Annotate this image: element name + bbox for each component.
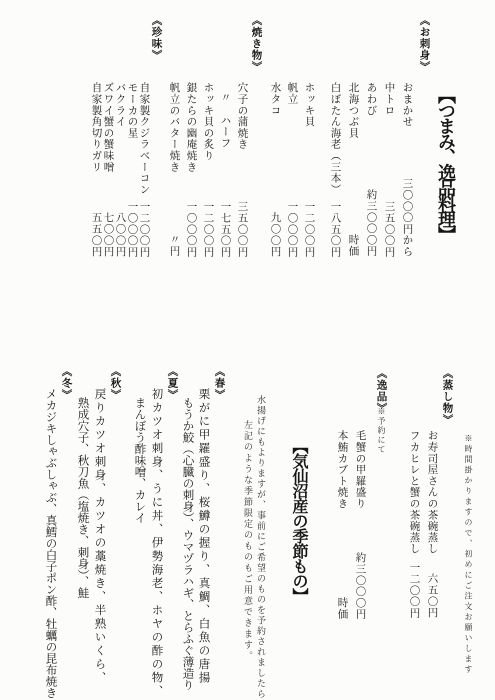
menu-item-price: 約三〇〇〇円 [365,189,376,257]
menu-item-price: 七〇〇円 [102,212,113,257]
menu-item-price: 三五〇〇円 [383,201,394,258]
menu-item-name: 帆立 [286,82,297,105]
menu-item-name: 自家製角切りガリ [90,82,101,172]
menu-item-price: 一〇〇〇円 [126,201,137,258]
menu-item-price: 六五〇円 [426,573,437,618]
menu-item-name: フカヒレと蟹の茶碗蒸し [408,430,419,554]
note-mushimono-order: ※時間掛かりますので、初めにご注文お願いします [464,434,472,676]
menu-item-price: 一〇〇〇円 [286,201,297,258]
season-label-winter: 《冬》 [60,366,71,401]
menu-item-name: おまかせ [401,82,412,127]
menu-item-name: 自家製クジラベーコン [138,82,149,195]
menu-item-name: 白ぼたん海老（三本） [329,82,340,195]
menu-item-price: 約三〇〇〇円 [354,552,365,620]
menu-item-price: 時価 [347,234,358,257]
menu-item-price: 一七五〇円 [219,201,230,258]
menu-item-price: 三五〇〇円 [236,201,247,258]
menu-item-name: バクライ [114,82,125,127]
menu-item-price: 〃円 [168,234,179,257]
menu-item-name: お寿司屋さんの茶碗蒸し [426,430,437,554]
note-seasonal-line1: 水揚げにもよりますが、事前にご希望のものを予約されましたら [256,395,265,700]
season-line: メカジキしゃぶしゃぶ、真鱈の白子ポン酢、牡蠣の昆布焼き [44,388,56,699]
menu-item-name: 帆立のバター焼き [168,82,179,172]
menu-item-name: あわび [365,82,376,116]
section-label-chinmi: 《珍味》 [150,15,161,61]
menu-item-price: 一二〇〇円 [408,562,419,619]
menu-item-name: 本鮪カブト焼き [336,430,347,509]
menu-item-price: 一二〇〇円 [202,201,213,258]
menu-item-price: 一二〇〇円 [138,201,149,258]
menu-item-name: 中トロ [383,82,394,116]
menu-item-price: 八〇〇円 [114,212,125,257]
season-line: もうか鮫（心臓の刺身）、ウマヅラハギ、とらふぐ薄造り [181,397,193,690]
menu-item-name: 水タコ [269,82,280,116]
menu-item-name: 穴子の蒲焼き [236,82,247,150]
menu-item-name: 北海つぶ貝 [347,82,358,139]
section-label-yakimono: 《焼き物》 [250,15,261,73]
season-label-spring: 《春》 [213,366,224,401]
menu-item-name: ズワイ蟹の蟹味噌 [102,82,113,172]
menu-item-price: 九〇〇円 [269,212,280,257]
note-seasonal-line2: 左記のような季節限定のものもご用意できます。 [243,420,252,662]
section-label-mushimono: 《蒸し物》 [441,368,452,426]
menu-page: 【つまみ、逸品料理】 《お刺身》 おまかせ 三〇〇〇円から 中トロ 三五〇〇円 … [0,0,495,700]
menu-item-price: 時価 [336,597,347,620]
menu-item-name: モーカの星 [126,82,137,139]
season-line: 戻りカツオ刺身、カツオの藁焼き、半熟いくら、 [93,388,105,685]
season-line: まんぼう酢味噌、カレイ [133,397,145,524]
menu-item-name: ホッキ貝の炙り [202,82,213,161]
note-ippin-reservation: ※予約にて [377,407,385,455]
season-label-autumn: 《秋》 [109,366,120,401]
menu-item-name: 銀たらの幽庵焼き [185,82,196,172]
menu-item-price: 三〇〇〇円から [401,178,412,257]
menu-item-name: ホッキ貝 [303,82,314,127]
page-title-kesennuma: 【気仙沼産の季節もの】 [290,438,306,603]
menu-item-price: 一〇〇〇円 [185,201,196,258]
section-label-sashimi: 《お刺身》 [418,15,429,73]
menu-item-name: 〃 ハーフ [219,92,230,149]
season-line: 初カツオ刺身、うに丼、伊勢海老、ホヤの酢の物、 [150,388,162,699]
page-title-tsumami: 【つまみ、逸品料理】 [437,86,455,241]
menu-item-price: 一二〇〇円 [303,201,314,258]
season-label-summer: 《夏》 [166,366,177,401]
menu-item-price: 一八五〇円 [329,201,340,258]
season-line: 熟成穴子、秋刀魚（塩焼き、刺身）、鮭 [76,397,88,598]
menu-item-price: 五五〇円 [90,212,101,257]
menu-item-name: 毛蟹の甲羅盛り [354,430,365,509]
season-line: 栗がに甲羅盛り、桜鱒の握り、真鯛、白魚の唐揚 [197,388,209,685]
